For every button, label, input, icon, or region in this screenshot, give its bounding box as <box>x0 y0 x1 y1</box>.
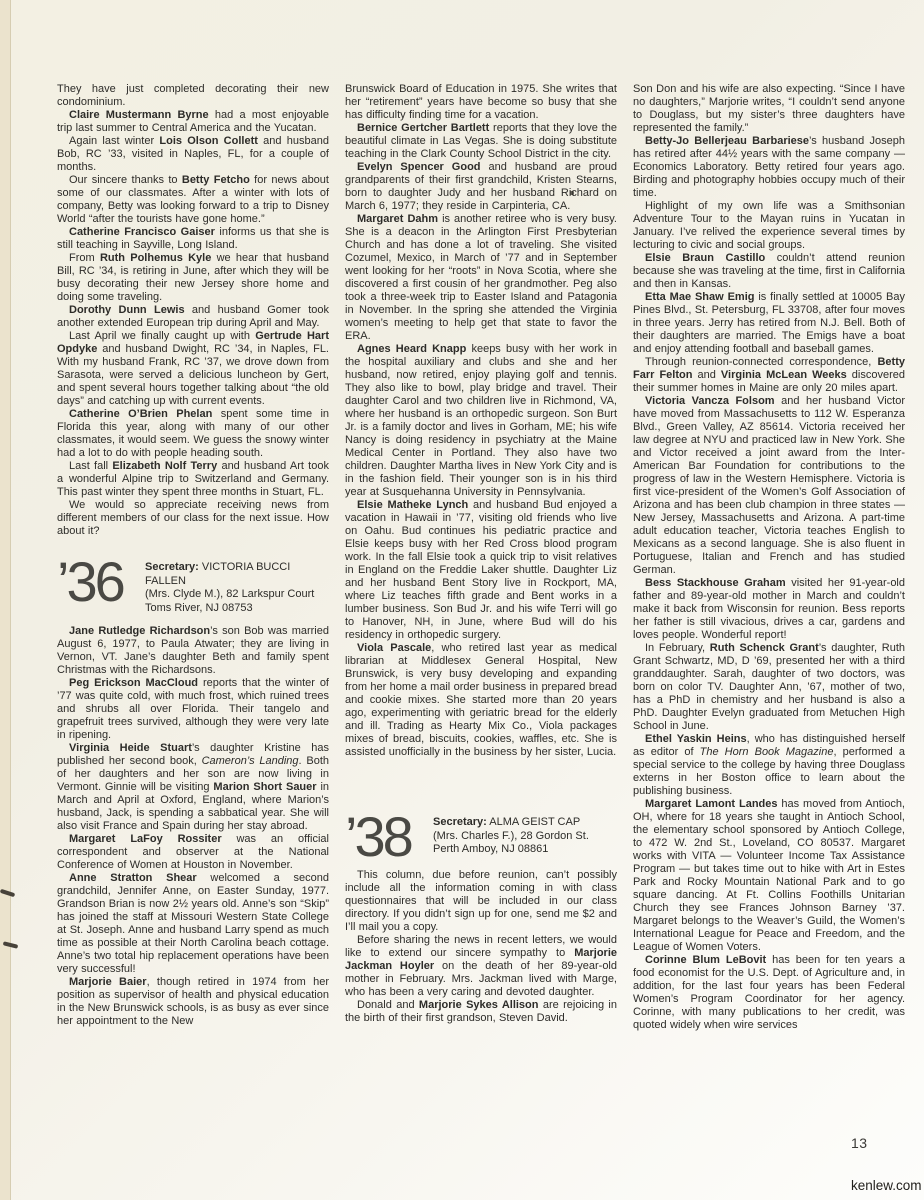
publication-title: The Horn Book Magazine <box>700 746 834 758</box>
paragraph: Betty-Jo Bellerjeau Barbariese’s husband… <box>633 135 905 200</box>
secretary-label: Secretary: <box>145 561 199 573</box>
class-secretary-block: Secretary: VICTORIA BUCCI FALLEN(Mrs. Cl… <box>145 560 329 615</box>
paragraph: In February, Ruth Schenck Grant’s daught… <box>633 642 905 733</box>
paragraph: Bernice Gertcher Bartlett reports that t… <box>345 122 617 161</box>
text-run: Last fall <box>69 460 112 472</box>
text-run: and husband Dwight, RC ’34, in Naples, F… <box>57 343 329 407</box>
person-name: Elizabeth Nolf Terry <box>112 460 217 472</box>
text-run: , who retired last year as medical libra… <box>345 642 617 758</box>
paragraph: Again last winter Lois Olson Collett and… <box>57 135 329 174</box>
paragraph: Margaret LaFoy Rossiter was an official … <box>57 833 329 872</box>
person-name: Elsie Braun Castillo <box>645 252 765 264</box>
paragraph: Claire Mustermann Byrne had a most enjoy… <box>57 109 329 135</box>
person-name: Ethel Yaskin Heins <box>645 733 747 745</box>
paragraph: Margaret Dahm is another retiree who is … <box>345 213 617 343</box>
paragraph: Last fall Elizabeth Nolf Terry and husba… <box>57 460 329 499</box>
class-year-numeral: ’38 <box>345 815 423 859</box>
paragraph: Jane Rutledge Richardson’s son Bob was m… <box>57 625 329 677</box>
paragraph: Evelyn Spencer Good and husband are prou… <box>345 161 617 213</box>
paragraph: Catherine O’Brien Phelan spent some time… <box>57 408 329 460</box>
person-name: Viola Pascale <box>357 642 431 654</box>
person-name: Corinne Blum LeBovit <box>645 954 766 966</box>
paragraph: Corinne Blum LeBovit has been for ten ye… <box>633 954 905 1032</box>
paragraph: Before sharing the news in recent letter… <box>345 934 617 999</box>
person-name: Lois Olson Collett <box>159 135 258 147</box>
paragraph: Viola Pascale, who retired last year as … <box>345 642 617 759</box>
paragraph: Elsie Braun Castillo couldn’t attend reu… <box>633 252 905 291</box>
class-secretary-block: Secretary: ALMA GEIST CAP(Mrs. Charles F… <box>433 815 589 857</box>
secretary-address-2: Toms River, NJ 08753 <box>145 602 329 616</box>
person-name: Dorothy Dunn Lewis <box>69 304 185 316</box>
person-name: Ruth Polhemus Kyle <box>100 252 211 264</box>
paragraph: Our sincere thanks to Betty Fetcho for n… <box>57 174 329 226</box>
class-year-header-36: ’36Secretary: VICTORIA BUCCI FALLEN(Mrs.… <box>57 560 329 615</box>
page-edge-strip <box>0 0 11 1200</box>
secretary-address-1: (Mrs. Charles F.), 28 Gordon St. <box>433 830 589 844</box>
person-name: Virginia McLean Weeks <box>721 369 847 381</box>
person-name: Anne Stratton Shear <box>69 872 197 884</box>
text-run: welcomed a second grandchild, Jennifer A… <box>57 872 329 975</box>
person-name: Marjorie Sykes Allison <box>419 999 539 1011</box>
text-run: They have just completed decorating thei… <box>57 83 329 108</box>
person-name: Catherine O’Brien Phelan <box>69 408 212 420</box>
text-run: Donald and <box>357 999 419 1011</box>
text-run: and husband Bud enjoyed a vacation in Ha… <box>345 499 617 641</box>
paragraph: Marjorie Baier, though retired in 1974 f… <box>57 976 329 1028</box>
paragraph: Ethel Yaskin Heins, who has distinguishe… <box>633 733 905 798</box>
text-run: is another retiree who is very busy. She… <box>345 213 617 342</box>
paragraph: Brunswick Board of Education in 1975. Sh… <box>345 83 617 122</box>
paragraph: Etta Mae Shaw Emig is finally settled at… <box>633 291 905 356</box>
text-run: Highlight of my own life was a Smithsoni… <box>633 200 905 251</box>
person-name: Catherine Francisco Gaiser <box>69 226 215 238</box>
secretary-name: ALMA GEIST CAP <box>487 816 580 828</box>
text-run: ’s daughter, Ruth Grant Schwartz, MD, D … <box>633 642 905 732</box>
text-run: Again last winter <box>69 135 159 147</box>
secretary-address-2: Perth Amboy, NJ 08861 <box>433 843 589 857</box>
person-name: Margaret LaFoy Rossiter <box>69 833 222 845</box>
paragraph: Last April we finally caught up with Ger… <box>57 330 329 408</box>
paragraph: Catherine Francisco Gaiser informs us th… <box>57 226 329 252</box>
paragraph: Bess Stackhouse Graham visited her 91-ye… <box>633 577 905 642</box>
class-year-header-38: ’38Secretary: ALMA GEIST CAP(Mrs. Charle… <box>345 815 617 859</box>
person-name: Ruth Schenck Grant <box>710 642 819 654</box>
paragraph: Son Don and his wife are also expecting.… <box>633 83 905 135</box>
person-name: Margaret Dahm <box>357 213 438 225</box>
person-name: Agnes Heard Knapp <box>357 343 466 355</box>
person-name: Jane Rutledge Richardson <box>69 625 210 637</box>
person-name: Marjorie Baier <box>69 976 147 988</box>
person-name: Victoria Vancza Folsom <box>645 395 775 407</box>
paragraph: Anne Stratton Shear welcomed a second gr… <box>57 872 329 976</box>
person-name: Elsie Matheke Lynch <box>357 499 468 511</box>
text-run: and <box>692 369 720 381</box>
person-name: Etta Mae Shaw Emig <box>645 291 754 303</box>
text-run: Son Don and his wife are also expecting.… <box>633 83 905 134</box>
text-columns: They have just completed decorating thei… <box>57 83 905 1032</box>
paragraph: Virginia Heide Stuart’s daughter Kristin… <box>57 742 329 833</box>
person-name: Evelyn Spencer Good <box>357 161 481 173</box>
text-run: In February, <box>645 642 710 654</box>
paragraph: From Ruth Polhemus Kyle we hear that hus… <box>57 252 329 304</box>
paragraph: They have just completed decorating thei… <box>57 83 329 109</box>
paragraph: We would so appreciate receiving news fr… <box>57 499 329 538</box>
column-left: They have just completed decorating thei… <box>57 83 329 1032</box>
person-name: Betty-Jo Bellerjeau Barbariese <box>645 135 809 147</box>
text-run: and her husband Victor have moved from M… <box>633 395 905 576</box>
person-name: Virginia Heide Stuart <box>69 742 192 754</box>
paragraph: Victoria Vancza Folsom and her husband V… <box>633 395 905 577</box>
paragraph: Peg Erickson MacCloud reports that the w… <box>57 677 329 742</box>
person-name: Margaret Lamont Landes <box>645 798 778 810</box>
secretary-line: Secretary: VICTORIA BUCCI FALLEN <box>145 561 329 588</box>
paragraph: Margaret Lamont Landes has moved from An… <box>633 798 905 954</box>
text-run: Brunswick Board of Education in 1975. Sh… <box>345 83 617 121</box>
watermark: kenlew.com <box>851 1178 922 1193</box>
person-name: Bess Stackhouse Graham <box>645 577 786 589</box>
text-run: keeps busy with her work in the hospital… <box>345 343 617 498</box>
text-run: has moved from Antioch, OH, where for 18… <box>633 798 905 953</box>
paragraph: Donald and Marjorie Sykes Allison are re… <box>345 999 617 1025</box>
secretary-line: Secretary: ALMA GEIST CAP <box>433 816 589 830</box>
person-name: Claire Mustermann Byrne <box>69 109 209 121</box>
text-run: Last April we finally caught up with <box>69 330 255 342</box>
secretary-label: Secretary: <box>433 816 487 828</box>
publication-title: Cameron’s Landing <box>202 755 299 767</box>
text-run: We would so appreciate receiving news fr… <box>57 499 329 537</box>
paragraph: Highlight of my own life was a Smithsoni… <box>633 200 905 252</box>
text-run: This column, due before reunion, can’t p… <box>345 869 617 933</box>
page-number: 13 <box>851 1135 868 1151</box>
paragraph: Dorothy Dunn Lewis and husband Gomer too… <box>57 304 329 330</box>
person-name: Marion Short Sauer <box>213 781 316 793</box>
text-run: From <box>69 252 100 264</box>
text-run: Our sincere thanks to <box>69 174 182 186</box>
paragraph: This column, due before reunion, can’t p… <box>345 869 617 934</box>
magazine-page: They have just completed decorating thei… <box>0 0 924 1200</box>
class-year-numeral: ’36 <box>57 560 135 604</box>
column-middle: Brunswick Board of Education in 1975. Sh… <box>345 83 617 1032</box>
paragraph: Agnes Heard Knapp keeps busy with her wo… <box>345 343 617 499</box>
secretary-address-1: (Mrs. Clyde M.), 82 Larkspur Court <box>145 588 329 602</box>
text-run: Through reunion-connected correspondence… <box>645 356 877 368</box>
paragraph: Through reunion-connected correspondence… <box>633 356 905 395</box>
column-right: Son Don and his wife are also expecting.… <box>633 83 905 1032</box>
paragraph: Elsie Matheke Lynch and husband Bud enjo… <box>345 499 617 642</box>
person-name: Betty Fetcho <box>182 174 250 186</box>
person-name: Peg Erickson MacCloud <box>69 677 198 689</box>
person-name: Bernice Gertcher Bartlett <box>357 122 489 134</box>
